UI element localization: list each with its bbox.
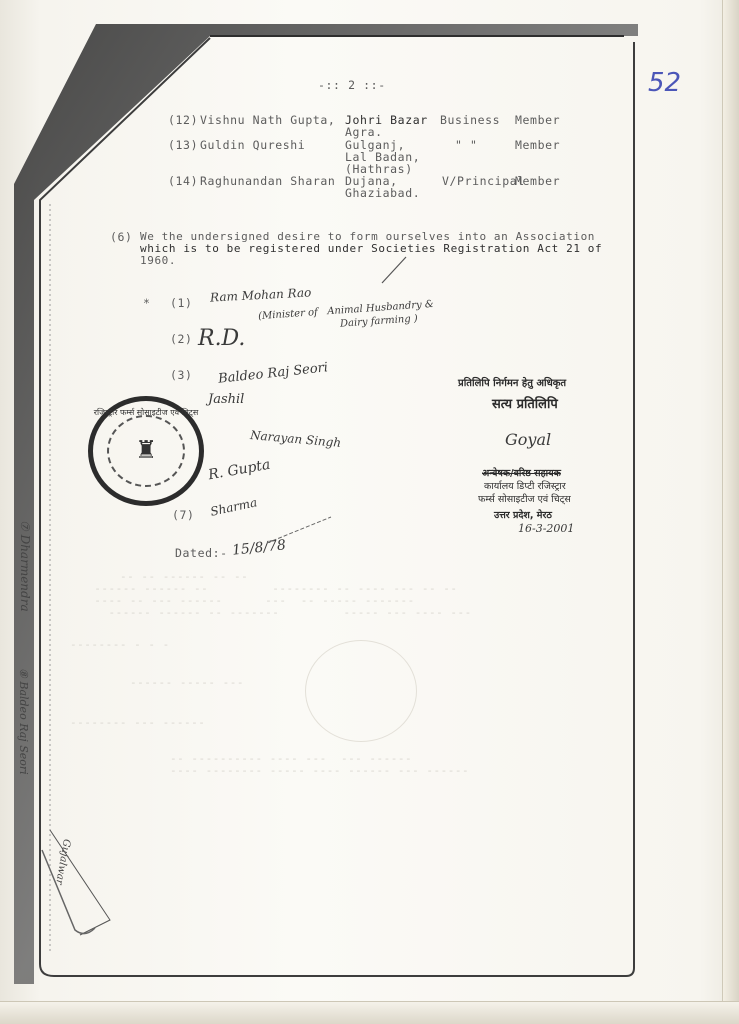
member-designation: Member <box>515 174 560 188</box>
signatory-number: (7) <box>172 508 195 522</box>
attestation-title: सत्य प्रतिलिपि <box>492 394 558 412</box>
signatory-number: (3) <box>170 368 193 382</box>
member-name: Raghunandan Sharan <box>200 174 335 188</box>
declaration-number: (6) <box>110 230 133 244</box>
pen-stroke <box>380 255 410 285</box>
signature: Ram Mohan Rao <box>210 285 312 304</box>
signature: R.D. <box>198 326 245 351</box>
member-name: Guldin Qureshi <box>200 138 305 152</box>
official-seal: ♜ रजिस्ट्रार फर्म्स सोसाइटीज एवं चिट्स <box>88 396 204 506</box>
margin-sketch <box>40 820 120 940</box>
member-occupation: Business <box>440 113 500 127</box>
signatory-number: (2) <box>170 332 193 346</box>
scanned-page: 52 -:: 2 ::- (12) Vishnu Nath Gupta, Joh… <box>0 0 739 1024</box>
document-body: 52 -:: 2 ::- (12) Vishnu Nath Gupta, Joh… <box>0 0 739 1024</box>
member-designation: Member <box>515 113 560 127</box>
signature: Narayan Singh <box>250 428 342 450</box>
signature: Jashil <box>208 392 244 407</box>
signature: Baldeo Raj Seori <box>218 360 329 386</box>
member-address-line: Agra. <box>345 125 383 139</box>
member-occupation: " " <box>455 138 478 152</box>
national-emblem-icon: ♜ <box>133 429 159 469</box>
dated-label: Dated:- <box>175 546 228 560</box>
attestation-line: कार्यालय डिप्टी रजिस्ट्रार <box>484 479 566 492</box>
margin-note: ⑦ Dharmendra <box>18 520 32 612</box>
signature-note: Dairy farming ) <box>340 313 418 329</box>
declaration-line: 1960. <box>140 254 176 267</box>
bullet-mark: * <box>143 296 151 310</box>
signatory-number: (1) <box>170 296 193 310</box>
attestation-line: उत्तर प्रदेश, मेरठ <box>494 508 552 521</box>
margin-note: ⑧ Baldeo Raj Seori <box>17 668 30 775</box>
declaration-line: which is to be registered under Societie… <box>140 242 602 255</box>
attestation-line: अन्वेषक/वरिष्ठ सहायक <box>482 466 561 479</box>
attestation-signature: Goyal <box>505 430 551 449</box>
pen-stroke <box>265 515 335 545</box>
signature: R. Gupta <box>207 457 271 484</box>
attestation-line: प्रतिलिपि निर्गमन हेतु अधिकृत <box>458 375 566 389</box>
signature: Sharma <box>209 495 258 519</box>
attestation-date: 16-3-2001 <box>518 522 574 535</box>
attestation-line: फर्म्स सोसाइटीज एवं चिट्स <box>478 492 571 505</box>
seal-text: रजिस्ट्रार फर्म्स सोसाइटीज एवं चिट्स <box>93 407 199 418</box>
member-number: (13) <box>168 138 198 152</box>
handwritten-page-number: 52 <box>648 68 681 98</box>
member-number: (14) <box>168 174 198 188</box>
member-address-line: Ghaziabad. <box>345 186 420 200</box>
page-header: -:: 2 ::- <box>318 78 386 92</box>
member-occupation: V/Principal <box>442 174 525 188</box>
member-name: Vishnu Nath Gupta, <box>200 113 335 127</box>
member-designation: Member <box>515 138 560 152</box>
member-number: (12) <box>168 113 198 127</box>
